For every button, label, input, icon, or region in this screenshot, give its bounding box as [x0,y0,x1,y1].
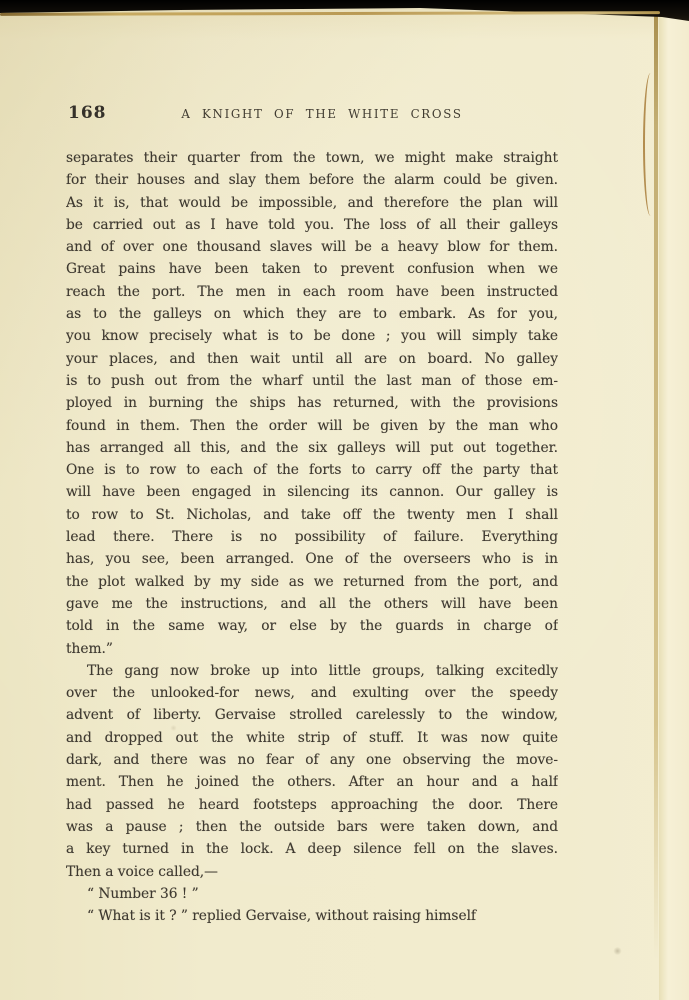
text-line: over the unlooked-for news, and exulting… [66,682,558,704]
text-line: found in them. Then the order will be gi… [66,415,558,437]
running-header: 168 A KNIGHT OF THE WHITE CROSS [66,103,558,125]
text-line: will have been engaged in silencing its … [66,481,558,503]
text-line: Great pains have been taken to prevent c… [66,258,558,280]
text-line: be carried out as I have told you. The l… [66,214,558,236]
text-line: you know precisely what is to be done ; … [66,325,558,347]
text-line: for their houses and slay them before th… [66,169,558,191]
paragraph: “ What is it ? ” replied Gervaise, witho… [66,905,558,927]
text-line: and dropped out the white strip of stuff… [66,727,558,749]
text-line: ment. Then he joined the others. After a… [66,771,558,793]
fiber-mark [643,73,658,216]
text-line: your places, and then wait until all are… [66,348,558,370]
text-line: dark, and there was no fear of any one o… [66,749,558,771]
text-line: Then a voice called,— [66,861,558,883]
text-line: has arranged all this, and the six galle… [66,437,558,459]
text-line: as to the galleys on which they are to e… [66,303,558,325]
paper-blemish [613,947,622,955]
text-line: advent of liberty. Gervaise strolled car… [66,704,558,726]
text-line: ployed in burning the ships has returned… [66,392,558,414]
text-line: One is to row to each of the forts to ca… [66,459,558,481]
page-stack-edge [659,12,689,1000]
text-line: lead there. There is no possibility of f… [66,526,558,548]
text-line: gave me the instructions, and all the ot… [66,593,558,615]
text-line: them.” [66,638,558,660]
text-line: was a pause ; then the outside bars were… [66,816,558,838]
text-line: is to push out from the wharf until the … [66,370,558,392]
text-line: had passed he heard footsteps approachin… [66,794,558,816]
text-line: The gang now broke up into little groups… [66,660,558,682]
text-line: “ What is it ? ” replied Gervaise, witho… [66,905,558,927]
text-line: and of over one thousand slaves will be … [66,236,558,258]
text-line: has, you see, been arranged. One of the … [66,548,558,570]
paragraph: “ Number 36 ! ” [66,883,558,905]
text-line: reach the port. The men in each room hav… [66,281,558,303]
paragraph: separates their quarter from the town, w… [66,147,558,660]
text-line: separates their quarter from the town, w… [66,147,558,169]
running-header-title: A KNIGHT OF THE WHITE CROSS [126,107,518,121]
text-line: to row to St. Nicholas, and take off the… [66,504,558,526]
body-text: separates their quarter from the town, w… [66,147,558,927]
text-line: a key turned in the lock. A deep silence… [66,838,558,860]
paragraph: The gang now broke up into little groups… [66,660,558,883]
text-line: the plot walked by my side as we returne… [66,571,558,593]
page-number: 168 [68,103,107,123]
text-line: As it is, that would be impossible, and … [66,192,558,214]
text-line: “ Number 36 ! ” [66,883,558,905]
text-line: told in the same way, or else by the gua… [66,615,558,637]
